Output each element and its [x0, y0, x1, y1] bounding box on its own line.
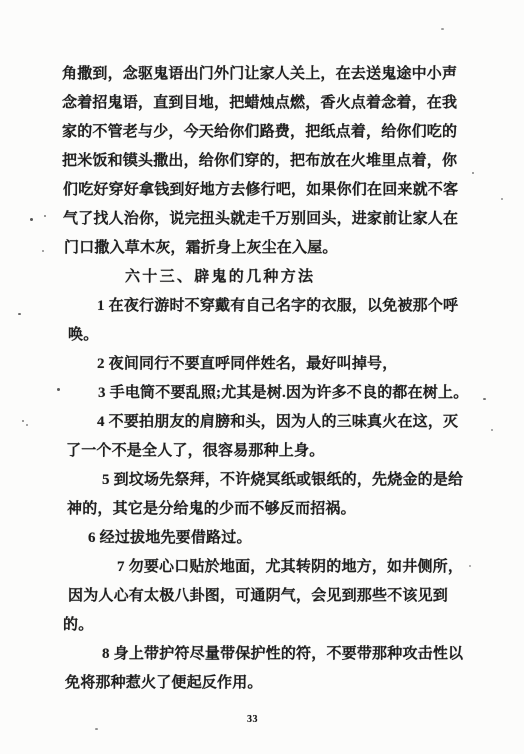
text-line: 3 手电筒不要乱照;尤其是树.因为许多不良的都在树上。 — [98, 382, 468, 404]
scan-speck — [22, 420, 24, 422]
text-line: 了一个不是全人了，很容易那种上身。 — [66, 440, 324, 462]
scan-speck — [501, 198, 503, 200]
text-line: 7 勿要心口贴於地面，尤其转阴的地方，如井侧所， — [117, 556, 463, 578]
text-line: 免将那种惹火了便起反作用。 — [65, 672, 263, 694]
text-line: 6 经过拔地先要借路过。 — [88, 527, 252, 549]
scan-speck — [44, 215, 46, 217]
section-heading: 六十三、辟鬼的几种方法 — [125, 266, 315, 288]
scan-speck — [491, 429, 493, 431]
text-line: 5 到坟场先祭拜，不许烧冥纸或银纸的，先烧金的是给 — [102, 469, 463, 491]
scan-speck — [57, 388, 60, 391]
text-line: 4 不要拍朋友的肩膀和头，因为人的三味真火在这，灭 — [97, 411, 458, 433]
text-line: 因为人心有太极八卦图，可通阴气，会见到那些不该见到 — [68, 585, 448, 607]
text-line: 8 身上带护符尽量带保护性的符，不要带那种攻击性以 — [102, 643, 463, 665]
text-line: 的。 — [63, 614, 93, 636]
text-line: 2 夜间同行不要直呼同伴姓名，最好叫掉号， — [97, 353, 397, 375]
page-number: 33 — [247, 714, 258, 725]
scan-speck — [472, 172, 474, 174]
text-line: 念着招鬼语，直到目地，把蜡烛点燃，香火点着念着，在我 — [62, 92, 457, 114]
scan-speck — [483, 398, 486, 400]
text-line: 把米饭和镆头撒出，给你们穿的，把布放在火堆里点着，你 — [62, 150, 457, 172]
scan-speck — [30, 218, 33, 221]
scan-speck — [18, 313, 21, 315]
scan-speck — [469, 565, 471, 567]
scan-speck — [26, 424, 28, 426]
text-line: 1 在夜行游时不穿戴有自己名字的衣服，以免被那个呼 — [97, 295, 458, 317]
scan-speck — [441, 28, 444, 30]
text-line: 神的，其它是分给鬼的少而不够反而招祸。 — [67, 498, 356, 520]
text-line: 门口撒入草木灰，霜折身上灰尘在入屋。 — [64, 237, 338, 259]
text-line: 角撒到，念驱鬼语出门外门让家人关上，在去送鬼途中小声 — [62, 63, 457, 85]
text-line: 们吃好穿好拿钱到好地方去修行吧，如果你们在回来就不客 — [63, 179, 458, 201]
scan-speck — [95, 728, 98, 730]
text-line: 气了找人治你，说完扭头就走千万别回头，进家前让家人在 — [63, 208, 458, 230]
text-line: 唤。 — [68, 324, 98, 346]
scanned-document-page: 角撒到，念驱鬼语出门外门让家人关上，在去送鬼途中小声 念着招鬼语，直到目地，把蜡… — [0, 0, 524, 754]
text-line: 家的不管老与少，今天给你们路费，把纸点着，给你们吃的 — [62, 121, 457, 143]
scan-speck — [42, 250, 44, 252]
